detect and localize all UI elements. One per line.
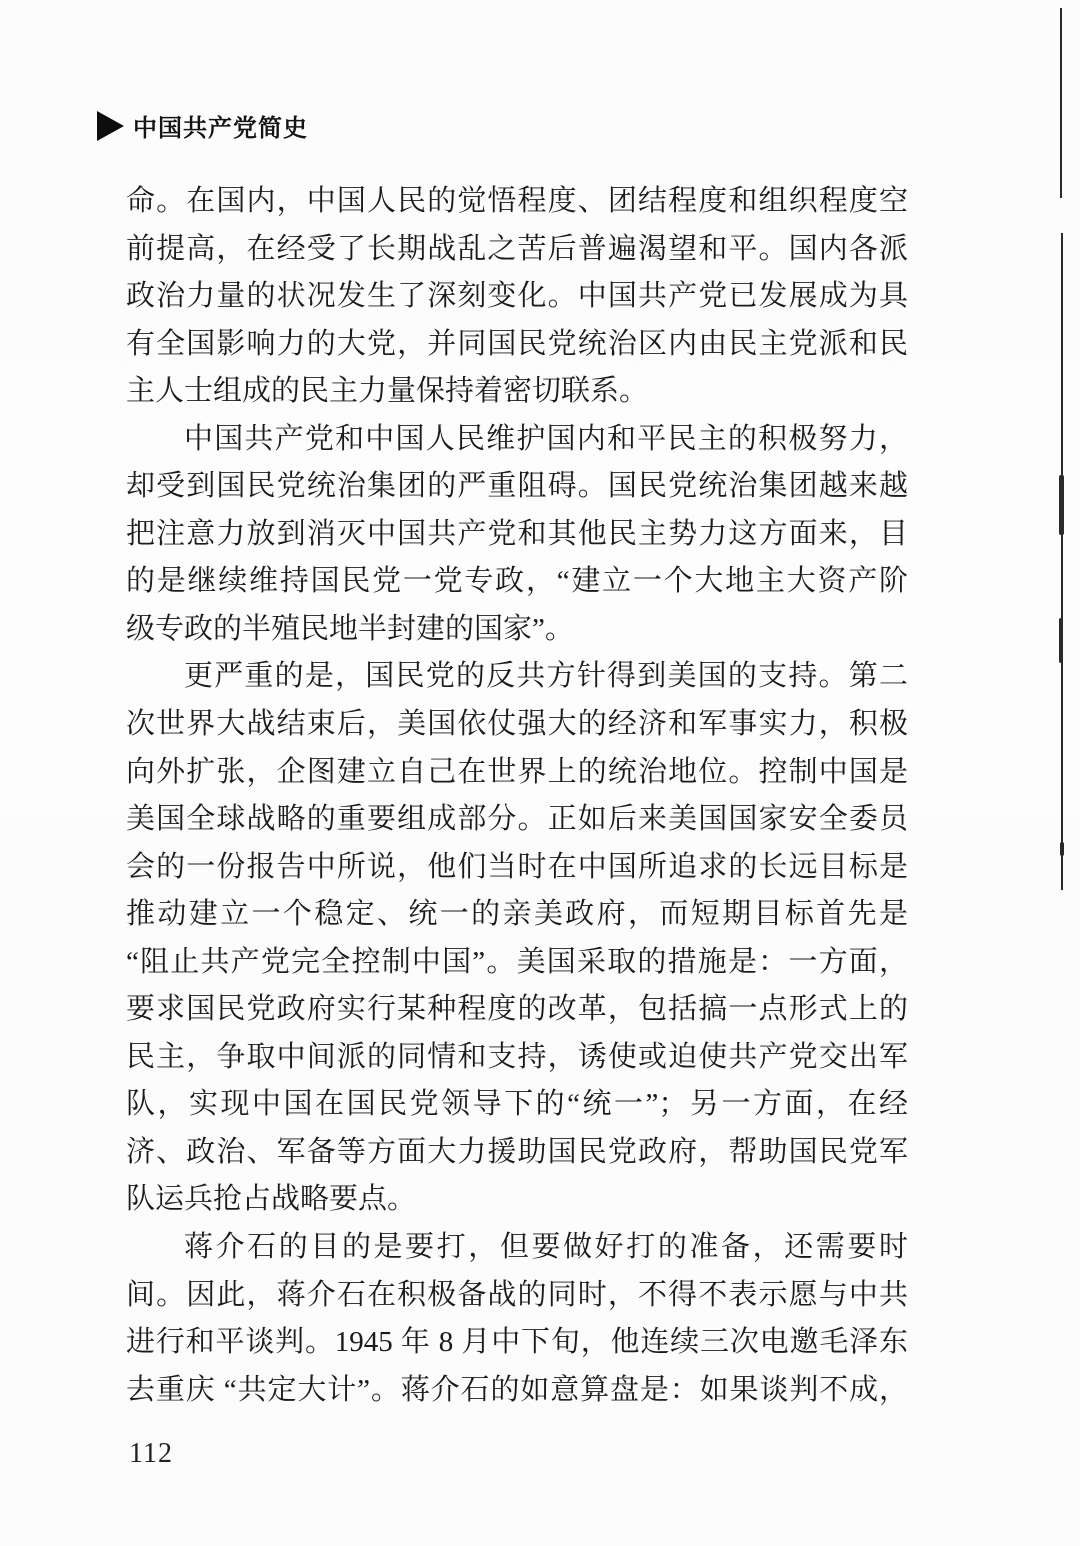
text-line: 政治力量的状况发生了深刻变化。中国共产党已发展成为具 <box>126 273 908 321</box>
text-line: 却受到国民党统治集团的严重阻碍。国民党统治集团越来越 <box>126 463 908 511</box>
text-line: 进行和平谈判。1945 年 8 月中下旬，他连续三次电邀毛泽东 <box>126 1319 908 1367</box>
text-line: 美国全球战略的重要组成部分。正如后来美国国家安全委员 <box>126 796 908 844</box>
text-line: 更严重的是，国民党的反共方针得到美国的支持。第二 <box>126 653 908 701</box>
text-line: 级专政的半殖民地半封建的国家”。 <box>126 606 908 654</box>
text-line: 蒋介石的目的是要打，但要做好打的准备，还需要时 <box>126 1224 908 1272</box>
text-line: 次世界大战结束后，美国依仗强大的经济和军事实力，积极 <box>126 701 908 749</box>
text-line: 会的一份报告中所说，他们当时在中国所追求的长远目标是 <box>126 844 908 892</box>
text-line: 队，实现中国在国民党领导下的“统一”；另一方面，在经 <box>126 1081 908 1129</box>
text-line: 主人士组成的民主力量保持着密切联系。 <box>126 368 908 416</box>
scan-artifact-line <box>1061 233 1063 890</box>
text-line: “阻止共产党完全控制中国”。美国采取的措施是：一方面， <box>126 939 908 987</box>
page-number: 112 <box>129 1438 173 1470</box>
body-text: 命。在国内，中国人民的觉悟程度、团结程度和组织程度空前提高，在经受了长期战乱之苦… <box>126 178 908 1414</box>
scan-artifact-blob <box>1059 618 1063 663</box>
text-line: 的是继续维持国民党一党专政，“建立一个大地主大资产阶 <box>126 558 908 606</box>
text-line: 民主，争取中间派的同情和支持，诱使或迫使共产党交出军 <box>126 1034 908 1082</box>
text-line: 间。因此，蒋介石在积极备战的同时，不得不表示愿与中共 <box>126 1272 908 1320</box>
text-line: 命。在国内，中国人民的觉悟程度、团结程度和组织程度空 <box>126 178 908 226</box>
text-line: 中国共产党和中国人民维护国内和平民主的积极努力， <box>126 416 908 464</box>
text-line: 去重庆 “共定大计”。蒋介石的如意算盘是：如果谈判不成， <box>126 1367 908 1415</box>
page-header: 中国共产党简史 <box>97 108 308 143</box>
text-line: 把注意力放到消灭中国共产党和其他民主势力这方面来，目 <box>126 511 908 559</box>
scan-artifact-line <box>1060 8 1062 198</box>
book-title: 中国共产党简史 <box>133 108 308 143</box>
right-triangle-icon <box>97 111 124 141</box>
text-line: 前提高，在经受了长期战乱之苦后普遍渴望和平。国内各派 <box>126 226 908 274</box>
scan-artifact-blob <box>1059 475 1064 535</box>
scanned-book-page: 中国共产党简史 命。在国内，中国人民的觉悟程度、团结程度和组织程度空前提高，在经… <box>0 0 1080 1546</box>
text-line: 推动建立一个稳定、统一的亲美政府，而短期目标首先是 <box>126 891 908 939</box>
text-line: 向外扩张，企图建立自己在世界上的统治地位。控制中国是 <box>126 749 908 797</box>
text-line: 队运兵抢占战略要点。 <box>126 1176 908 1224</box>
scan-artifact-blob <box>1060 842 1064 856</box>
text-line: 济、政治、军备等方面大力援助国民党政府，帮助国民党军 <box>126 1129 908 1177</box>
text-line: 有全国影响力的大党，并同国民党统治区内由民主党派和民 <box>126 321 908 369</box>
text-line: 要求国民党政府实行某种程度的改革，包括搞一点形式上的 <box>126 986 908 1034</box>
